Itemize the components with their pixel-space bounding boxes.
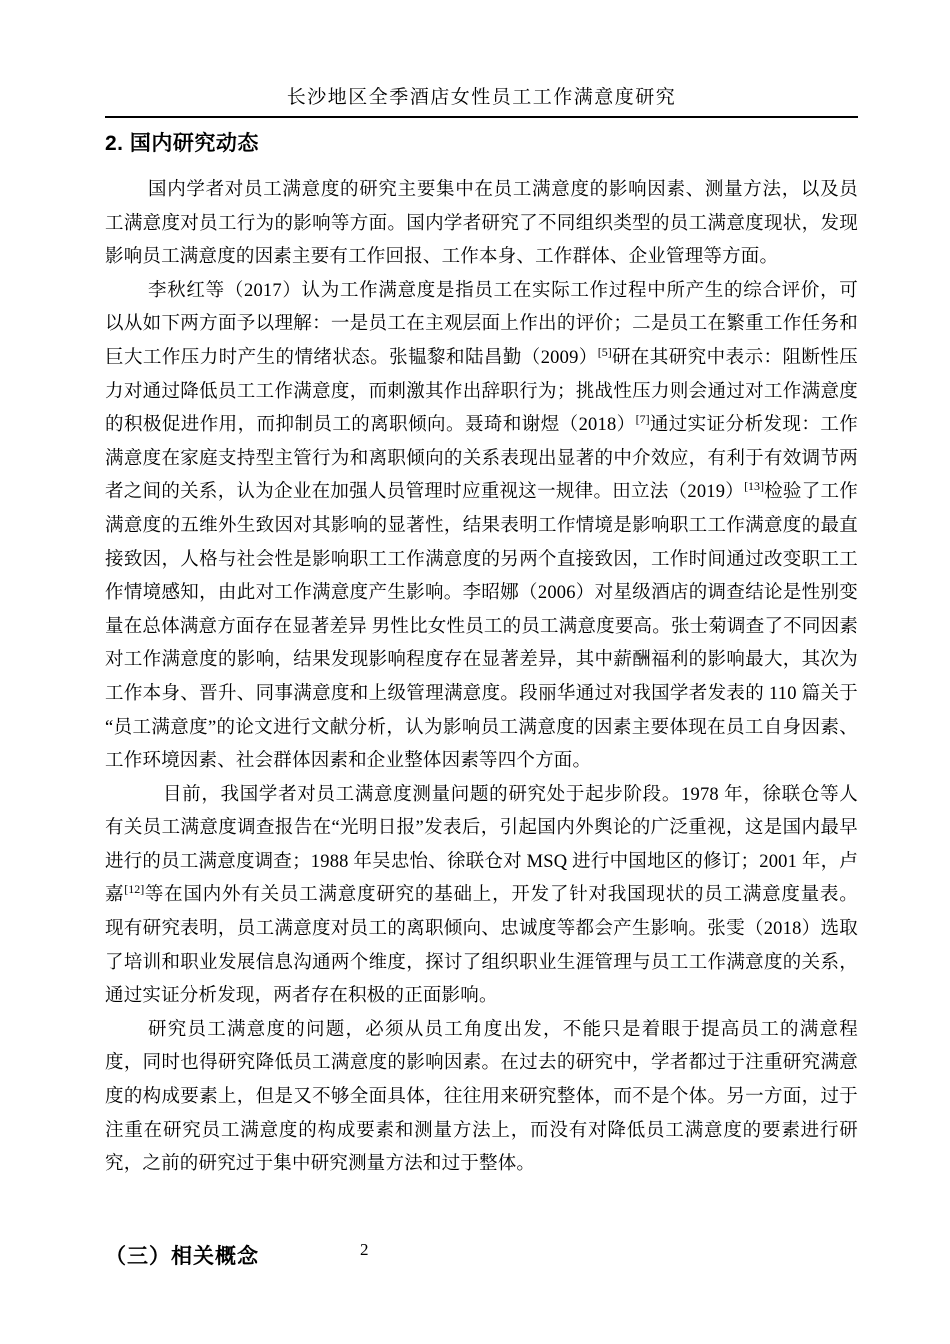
- text-run: 国内学者对员工满意度的研究主要集中在员工满意度的影响因素、测量方法，以及员工满意…: [105, 180, 858, 267]
- paragraph-measurement-research: 目前，我国学者对员工满意度测量问题的研究处于起步阶段。1978 年，徐联仓等人有…: [105, 779, 858, 1014]
- text-run: 研究员工满意度的问题，必须从员工角度出发，不能只是着眼于提高员工的满意程度，同时…: [105, 1020, 858, 1174]
- page-header: 长沙地区全季酒店女性员工工作满意度研究: [105, 86, 858, 118]
- paragraph-research-gap: 研究员工满意度的问题，必须从员工角度出发，不能只是着眼于提高员工的满意程度，同时…: [105, 1014, 858, 1182]
- running-head-title: 长沙地区全季酒店女性员工工作满意度研究: [105, 86, 858, 110]
- paragraph-overview: 国内学者对员工满意度的研究主要集中在员工满意度的影响因素、测量方法，以及员工满意…: [105, 174, 858, 275]
- text-run: 检验了工作满意度的五维外生致因对其影响的显著性，结果表明工作情境是影响职工工作满…: [105, 482, 858, 771]
- section-heading-related-concepts: （三）相关概念: [105, 1244, 858, 1270]
- page-number: 2: [360, 1240, 369, 1260]
- citation-superscript: [5]: [598, 345, 612, 359]
- section-heading-domestic-research: 2. 国内研究动态: [105, 131, 858, 157]
- paragraph-influence-factors: 李秋红等（2017）认为工作满意度是指员工在实际工作过程中所产生的综合评价，可以…: [105, 275, 858, 779]
- citation-superscript: [12]: [124, 882, 144, 896]
- document-page: 长沙地区全季酒店女性员工工作满意度研究 2. 国内研究动态 国内学者对员工满意度…: [0, 0, 950, 1344]
- citation-superscript: [7]: [636, 412, 650, 426]
- citation-superscript: [13]: [744, 479, 764, 493]
- text-run: 等在国内外有关员工满意度研究的基础上，开发了针对我国现状的员工满意度量表。 现有…: [105, 885, 858, 1006]
